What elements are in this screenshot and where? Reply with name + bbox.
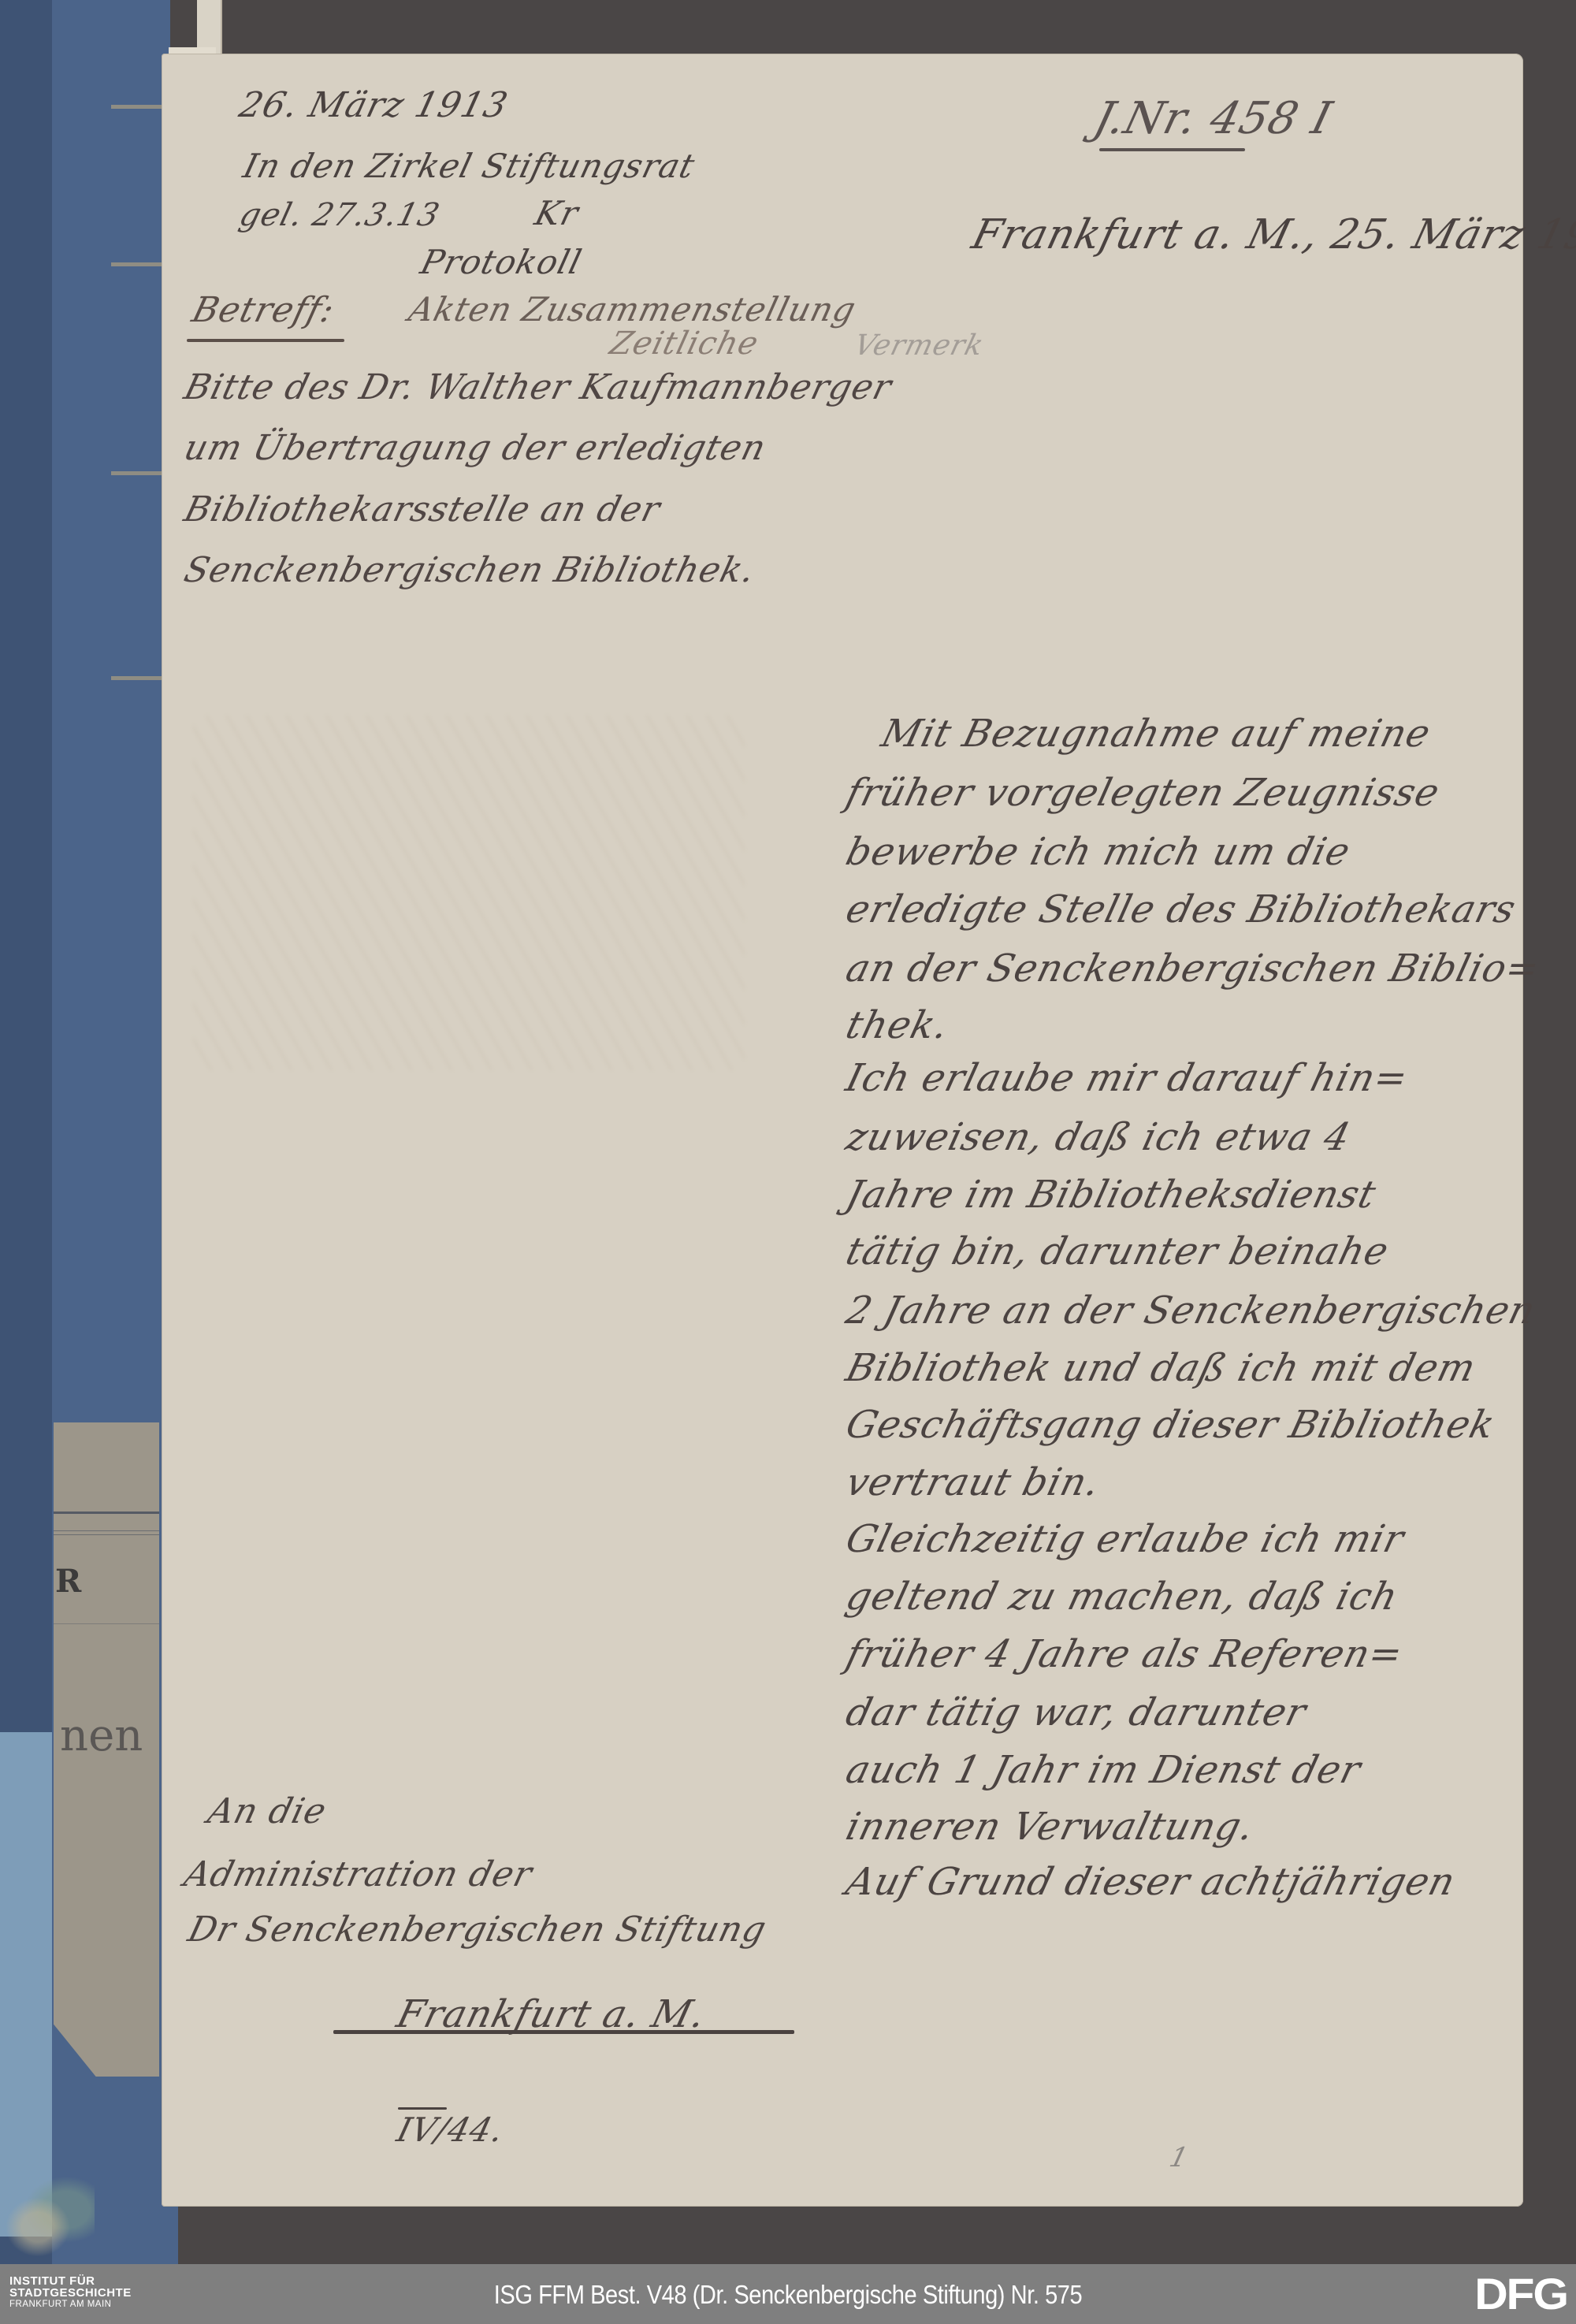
- initials: Kr: [531, 194, 583, 232]
- archive-footer: INSTITUT FÜR STADTGESCHICHTE FRANKFURT A…: [0, 2264, 1576, 2324]
- body-line: an der Senckenbergischen Biblio=: [842, 946, 1544, 991]
- registry-note: Protokoll: [417, 243, 586, 281]
- light-blue-folder: [0, 1732, 52, 2237]
- body-line: erledigte Stelle des Bibliothekars: [842, 887, 1521, 931]
- file-number: IV/44.: [393, 2110, 508, 2149]
- subject-line: Senckenbergischen Bibliothek.: [180, 550, 760, 590]
- body-line: thek.: [842, 1003, 953, 1047]
- subject-line: Bitte des Dr. Walther Kaufmann­berger: [180, 367, 896, 407]
- reference-number: J.Nr. 458 I: [1089, 93, 1337, 144]
- body-line: vertraut bin.: [842, 1460, 1105, 1504]
- body-line: Geschäftsgang dieser Bibliothek: [842, 1403, 1500, 1447]
- reference-underline: [1099, 148, 1245, 151]
- body-line: Jahre im Bibliotheksdienst: [842, 1173, 1381, 1217]
- place-date: Frankfurt a. M., 25. März 1913.: [968, 211, 1576, 258]
- page-number: 1: [1166, 2142, 1192, 2173]
- subject-label: Betreff:: [188, 290, 339, 330]
- body-line: inneren Verwaltung.: [842, 1805, 1259, 1849]
- body-line: Ich erlaube mir darauf hin=: [842, 1056, 1413, 1100]
- subject-line: Bibliothekarsstelle an der: [180, 489, 665, 530]
- subject-annotation: Akten Zusammen­stellung: [405, 290, 860, 329]
- body-line: Gleichzeitig erlaube ich mir: [842, 1517, 1409, 1561]
- received-note: gel. 27.3.13: [236, 197, 444, 233]
- letter-page: 26. März 1913 In den Zirkel Stiftungsrat…: [162, 54, 1523, 2207]
- routing-note: In den Zirkel Stiftungsrat: [240, 147, 699, 185]
- subject-underline: [187, 339, 344, 342]
- paper-tab-stack: [197, 0, 222, 54]
- address-line: An die: [204, 1791, 331, 1831]
- archive-signature: ISG FFM Best. V48 (Dr. Senckenbergische …: [95, 2280, 1481, 2310]
- insert-rule: [54, 1623, 159, 1624]
- binding-threads: [0, 2175, 95, 2262]
- file-number-overline: [398, 2107, 447, 2110]
- insert-card-text: nen: [60, 1710, 143, 1761]
- date-note: 26. März 1913: [236, 85, 512, 125]
- body-line: dar tätig war, darunter: [842, 1690, 1311, 1735]
- address-line: Administration der: [180, 1854, 537, 1895]
- bleed-through: [193, 716, 745, 1070]
- body-line: Mit Bezugnahme auf meine: [877, 712, 1435, 756]
- insert-rule: [54, 1530, 159, 1531]
- body-line: 2 Jahre an der Senckenbergischen: [842, 1288, 1541, 1333]
- scan-area: R nen 26. März 1913 In den Zirkel Stiftu…: [0, 0, 1576, 2264]
- pencil-note: Vermerk: [851, 329, 987, 362]
- body-line: tätig bin, darunter beinahe: [842, 1229, 1393, 1274]
- address-underline: [333, 2030, 794, 2034]
- body-line: auch 1 Jahr im Dienst der: [842, 1748, 1366, 1792]
- body-line: früher 4 Jahre als Referen=: [842, 1632, 1407, 1676]
- insert-rule: [54, 1512, 159, 1514]
- subject-line: um Übertragung der erledigten: [180, 428, 771, 468]
- subject-annotation-struck: Zeitliche: [606, 325, 762, 362]
- body-line: bewerbe ich mich um die: [842, 830, 1355, 874]
- body-line: früher vorgelegten Zeugnisse: [842, 771, 1444, 815]
- body-line: geltend zu machen, daß ich: [842, 1575, 1403, 1619]
- body-line: Auf Grund dieser achtjährigen: [842, 1860, 1460, 1904]
- body-line: zuweisen, daß ich etwa 4: [842, 1115, 1355, 1159]
- dfg-logo: DFG: [1474, 2272, 1567, 2316]
- insert-card-glyph: R: [55, 1563, 81, 1600]
- body-line: Bibliothek und daß ich mit dem: [842, 1346, 1481, 1390]
- insert-card: R nen: [54, 1422, 159, 2077]
- insert-rule: [54, 1534, 159, 1535]
- address-line: Dr Senckenbergischen Stiftung: [184, 1909, 771, 1950]
